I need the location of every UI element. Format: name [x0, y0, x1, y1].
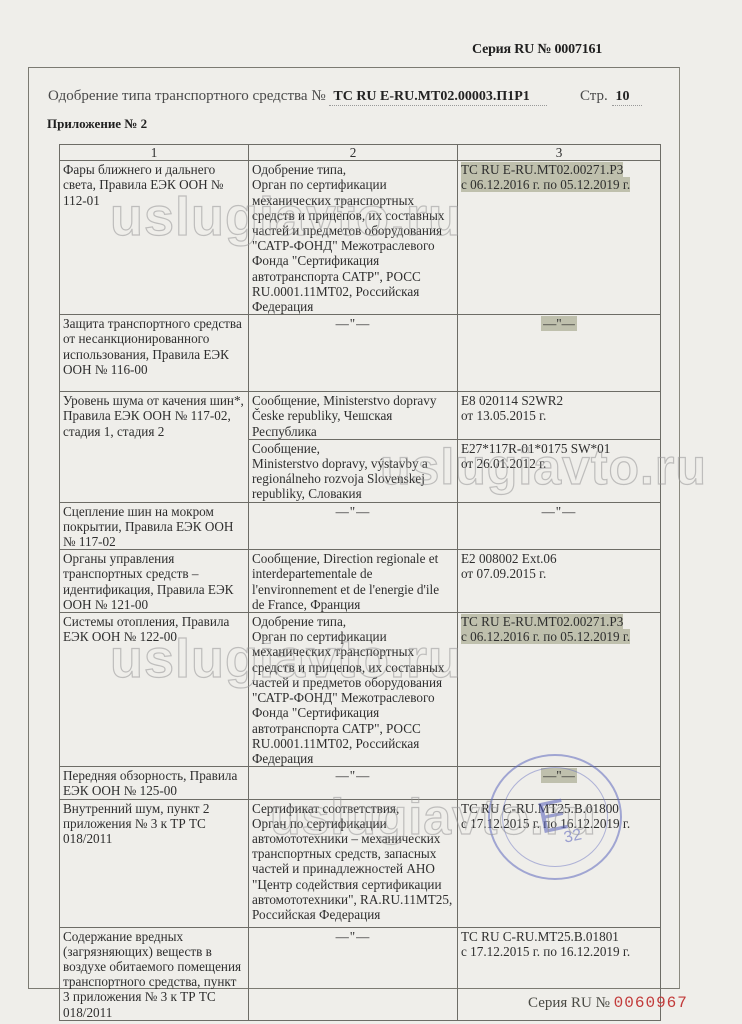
table-row: Фары ближнего и дальнего света, Правила …	[60, 161, 661, 315]
document-type: Одобрение типа,	[252, 162, 454, 177]
approval-number: TC RU E-RU.MT02.00003.П1Р1	[329, 89, 547, 106]
page-number: 10	[612, 89, 642, 106]
ditto-mark: —"—	[541, 768, 577, 783]
certification-table: 1 2 3 Фары ближнего и дальнего света, Пр…	[59, 144, 661, 1021]
requirement-cell: Системы отопления, Правила ЕЭК ООН № 122…	[60, 613, 249, 767]
table-row: Уровень шума от качения шин*, Правила ЕЭ…	[60, 392, 661, 440]
certificate-number: TC RU E-RU.MT02.00271.Р3	[461, 162, 657, 177]
certificate-number: TC RU C-RU.MT25.B.01801	[461, 929, 657, 944]
certificate-validity: с 06.12.2016 г. по 05.12.2019 г.	[461, 177, 657, 192]
certificate-date: от 07.09.2015 г.	[461, 566, 657, 581]
document-type: Сообщение,	[252, 441, 454, 456]
table-row: Органы управления транспортных средств –…	[60, 550, 661, 613]
page-indicator: Стр. 10	[580, 88, 642, 106]
ditto-mark: —"—	[252, 504, 454, 519]
document-cell: Сертификат соответствия, Орган по сертиф…	[249, 799, 458, 927]
certificate-cell: TC RU E-RU.MT02.00271.Р3 с 06.12.2016 г.…	[458, 613, 661, 767]
certificate-number: E27*117R-01*0175 SW*01	[461, 441, 657, 456]
column-header-1: 1	[60, 145, 249, 161]
issuing-body: Орган по сертификации механических транс…	[252, 177, 454, 314]
table-row: Внутренний шум, пункт 2 приложения № 3 к…	[60, 799, 661, 927]
series-number-top: Серия RU № 0007161	[472, 42, 602, 58]
table-row: Передняя обзорность, Правила ЕЭК ООН № 1…	[60, 767, 661, 799]
requirement-cell: Передняя обзорность, Правила ЕЭК ООН № 1…	[60, 767, 249, 799]
certificate-validity: с 17.12.2015 г. по 16.12.2019 г.	[461, 816, 657, 831]
column-header-3: 3	[458, 145, 661, 161]
certificate-cell: TC RU E-RU.MT02.00271.Р3 с 06.12.2016 г.…	[458, 161, 661, 315]
certificate-cell: E8 020114 S2WR2 от 13.05.2015 г.	[458, 392, 661, 440]
document-type: Сертификат соответствия,	[252, 801, 454, 816]
ditto-mark: —"—	[252, 768, 454, 783]
certificate-cell: E2 008002 Ext.06 от 07.09.2015 г.	[458, 550, 661, 613]
issuing-body: Орган по сертификации автомототехники – …	[252, 816, 454, 922]
column-header-2: 2	[249, 145, 458, 161]
table-header-row: 1 2 3	[60, 145, 661, 161]
page-label: Стр.	[580, 88, 608, 104]
series-number-bottom: Серия RU № 0060967	[528, 994, 688, 1012]
certificate-cell: TC RU C-RU.MT25.B.01800 с 17.12.2015 г. …	[458, 799, 661, 927]
document-cell: Одобрение типа, Орган по сертификации ме…	[249, 161, 458, 315]
certificate-number: E8 020114 S2WR2	[461, 393, 657, 408]
certificate-cell: —"—	[458, 502, 661, 550]
certificate-date: от 26.01.2012 г.	[461, 456, 657, 471]
document-cell: —"—	[249, 767, 458, 799]
certificate-validity: с 06.12.2016 г. по 05.12.2019 г.	[461, 629, 657, 644]
document-cell: Сообщение, Ministerstvo dopravy, výstavb…	[249, 439, 458, 502]
issuing-body: Орган по сертификации механических транс…	[252, 629, 454, 766]
document-cell: —"—	[249, 502, 458, 550]
certificate-cell: —"—	[458, 767, 661, 799]
ditto-mark: —"—	[252, 316, 454, 331]
document-cell: Сообщение, Ministerstvo dopravy Česke re…	[249, 392, 458, 440]
table-row: Системы отопления, Правила ЕЭК ООН № 122…	[60, 613, 661, 767]
approval-line: Одобрение типа транспортного средства № …	[48, 88, 547, 106]
document-cell: Сообщение, Direction regionale et interd…	[249, 550, 458, 613]
requirement-cell: Защита транспортного средства от несанкц…	[60, 315, 249, 392]
ditto-mark: —"—	[252, 929, 454, 944]
document-type: Одобрение типа,	[252, 614, 454, 629]
document-cell: —"—	[249, 315, 458, 392]
certificate-date: от 13.05.2015 г.	[461, 408, 657, 423]
requirement-cell: Сцепление шин на мокром покрытии, Правил…	[60, 502, 249, 550]
document-cell: Одобрение типа, Орган по сертификации ме…	[249, 613, 458, 767]
requirement-cell: Внутренний шум, пункт 2 приложения № 3 к…	[60, 799, 249, 927]
requirement-cell: Уровень шума от качения шин*, Правила ЕЭ…	[60, 392, 249, 502]
ditto-mark: —"—	[461, 504, 657, 519]
table-row: Защита транспортного средства от несанкц…	[60, 315, 661, 392]
certificate-validity: с 17.12.2015 г. по 16.12.2019 г.	[461, 944, 657, 959]
series-serial: 0060967	[614, 994, 688, 1012]
certificate-number: E2 008002 Ext.06	[461, 551, 657, 566]
annex-title: Приложение № 2	[47, 116, 147, 132]
requirement-cell: Содержание вредных (загрязняющих) вещест…	[60, 927, 249, 1020]
series-label: Серия RU №	[528, 995, 610, 1011]
approval-label: Одобрение типа транспортного средства №	[48, 88, 326, 104]
certificate-number: TC RU E-RU.MT02.00271.Р3	[461, 614, 657, 629]
certificate-cell: E27*117R-01*0175 SW*01 от 26.01.2012 г.	[458, 439, 661, 502]
ditto-mark: —"—	[541, 316, 577, 331]
issuing-body: Ministerstvo dopravy, výstavby a regioná…	[252, 456, 454, 502]
certificate-number: TC RU C-RU.MT25.B.01800	[461, 801, 657, 816]
requirement-cell: Органы управления транспортных средств –…	[60, 550, 249, 613]
certificate-cell: —"—	[458, 315, 661, 392]
requirement-cell: Фары ближнего и дальнего света, Правила …	[60, 161, 249, 315]
document-cell: —"—	[249, 927, 458, 1020]
table-row: Сцепление шин на мокром покрытии, Правил…	[60, 502, 661, 550]
